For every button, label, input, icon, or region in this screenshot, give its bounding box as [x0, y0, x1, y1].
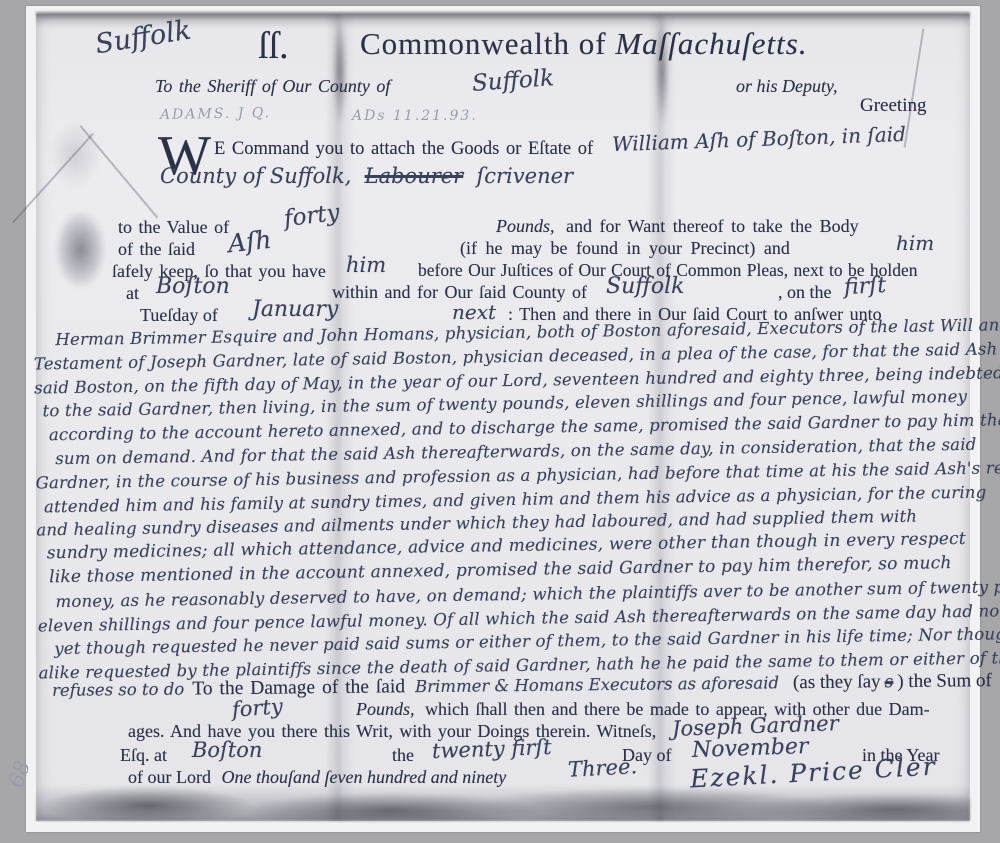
defendant-detail-handwritten: County of Suffolk, Labourer ſcrivener — [160, 164, 573, 189]
salutation-phrase: To the Sheriff of Our County of — [155, 76, 390, 97]
struck-letter: s — [884, 672, 893, 692]
esq-at-label: Eſq. at — [120, 745, 167, 766]
say-phrase-close: ) the Sum of — [897, 670, 992, 693]
value-label: to the Value of — [118, 217, 229, 238]
pounds-word: Pounds, — [496, 216, 555, 237]
surname-handwritten: Aſh — [227, 225, 273, 258]
pounds-word-2: Pounds, — [356, 699, 415, 720]
day-handwritten: twenty firſt — [432, 735, 552, 763]
him-handwritten-2: him — [346, 253, 386, 277]
place-handwritten-2: Boſton — [192, 738, 262, 762]
of-our-lord-label: of our Lord — [128, 767, 211, 788]
pencil-note-right: ADs 11.21.93. — [352, 108, 478, 124]
the-label: the — [392, 745, 414, 766]
title-main: Commonwealth of — [360, 26, 607, 61]
year-row: of our Lord One thouſand ſeven hundred a… — [128, 767, 506, 788]
occupation-handwritten: ſcrivener — [476, 164, 573, 188]
corner-stain — [40, 110, 110, 200]
at-label: at — [126, 283, 139, 304]
month-handwritten-1: January — [252, 297, 338, 322]
ss-abbreviation: ſſ. — [258, 24, 289, 68]
defendant-county-handwritten: County of Suffolk, — [160, 164, 351, 188]
year-words: One thouſand ſeven hundred and ninety — [221, 767, 506, 788]
want-thereof-phrase: and for Want thereof to take the Body — [566, 216, 859, 237]
refuses-handwritten: refuses so to do — [52, 680, 184, 700]
greeting-word: Greeting — [860, 95, 926, 117]
document-title: Commonwealth of Maſſachuſetts. — [360, 26, 808, 62]
say-phrase-open: (as they ſay — [793, 671, 881, 694]
fold-smudge-top-left — [333, 16, 347, 126]
him-handwritten-1: him — [896, 231, 934, 255]
pounds-want-phrase: Pounds, and for Want thereof to take the… — [496, 216, 859, 237]
said-label: of the ſaid — [118, 239, 195, 260]
struck-occupation-handwritten: Labourer — [365, 164, 464, 188]
document-photo: Suffolk ſſ. Commonwealth of Maſſachuſett… — [0, 0, 1000, 843]
county-handwritten-3: Suffolk — [606, 274, 684, 299]
command-phrase: E Command you to attach the Goods or Eſt… — [214, 139, 593, 160]
sum-amount-handwritten: forty — [231, 694, 283, 721]
sum-pounds-row: Pounds, which ſhall then and there be ma… — [356, 699, 930, 720]
three-handwritten: Three. — [567, 754, 637, 782]
ordinal-handwritten: firſt — [843, 273, 886, 300]
place-handwritten-1: Boſton — [156, 274, 230, 299]
damage-phrase: To the Damage of the ſaid — [192, 676, 405, 700]
executors-handwritten: Brimmer & Homans Executors as aforesaid — [415, 673, 779, 696]
declaration-body: Herman Brimmer Esquire and John Homans, … — [33, 314, 990, 686]
title-state: Maſſachuſetts. — [615, 26, 807, 61]
tuesday-label: Tueſday of — [140, 305, 218, 326]
on-the-phrase: , on the — [778, 282, 832, 303]
pencil-note-left: ADAMS. J Q. — [160, 105, 271, 123]
deputy-phrase: or his Deputy, — [736, 76, 838, 97]
precinct-phrase: (if he may be found in your Precinct) an… — [460, 238, 790, 259]
